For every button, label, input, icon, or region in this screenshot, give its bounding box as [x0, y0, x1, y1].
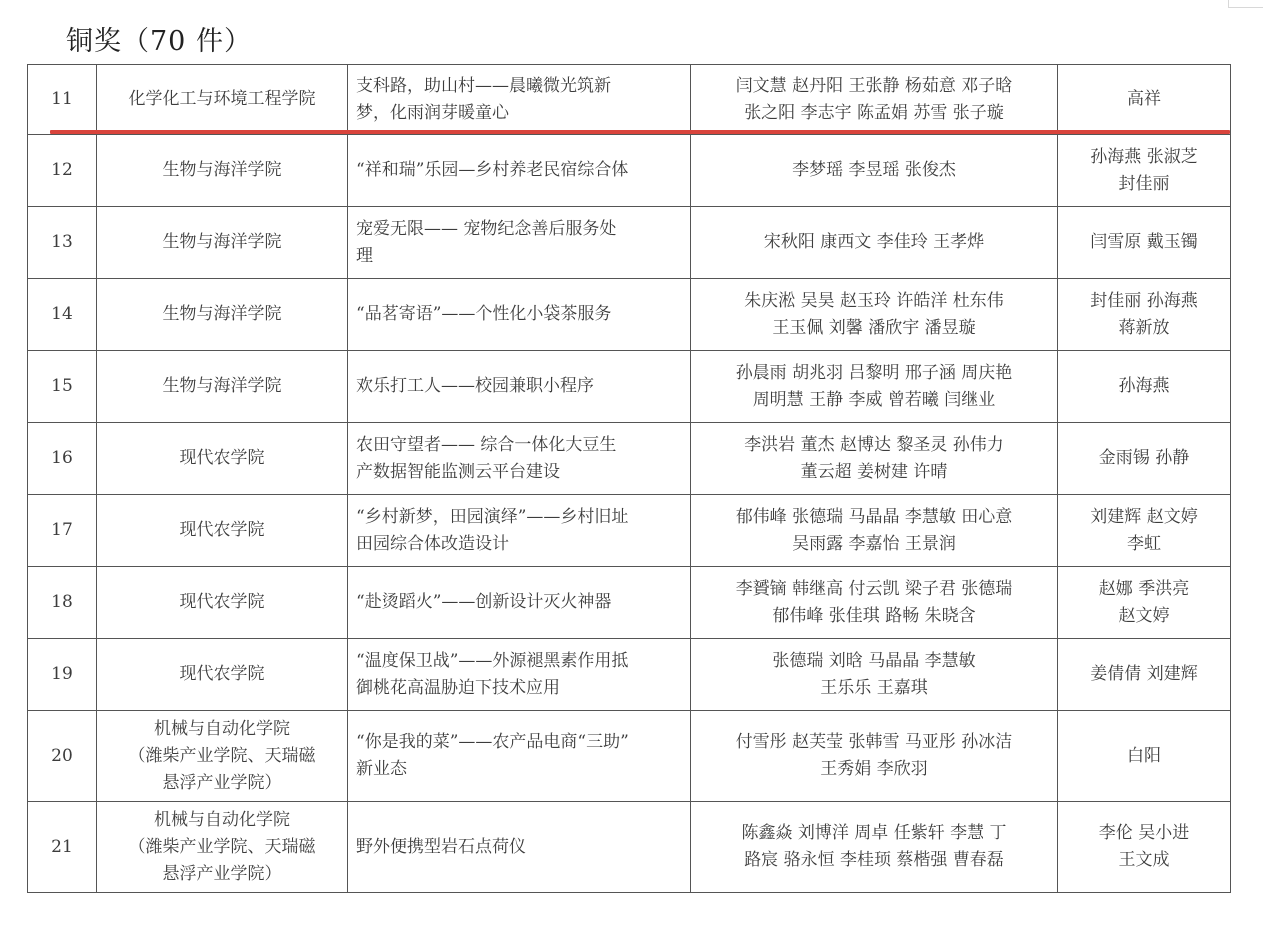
cell-advisors-line: 蒋新放	[1066, 315, 1222, 342]
cell-project: 欢乐打工人——校园兼职小程序	[348, 351, 691, 423]
cell-members-line: 郁伟峰 张德瑞 马晶晶 李慧敏 田心意	[699, 504, 1049, 531]
cell-advisors-line: 王文成	[1066, 847, 1222, 874]
cell-college: 生物与海洋学院	[97, 279, 348, 351]
cell-college-line: （潍柴产业学院、天瑞磁	[105, 743, 339, 770]
cell-project-line: 理	[356, 243, 682, 270]
cell-project: 宠爱无限—— 宠物纪念善后服务处理	[348, 207, 691, 279]
cell-members: 付雪彤 赵芙莹 张韩雪 马亚彤 孙冰洁王秀娟 李欣羽	[691, 711, 1058, 802]
cell-college-line: 现代农学院	[105, 661, 339, 688]
table-row: 18现代农学院“赴烫蹈火”——创新设计灭火神器李贇镝 韩继高 付云凯 梁子君 张…	[28, 567, 1231, 639]
bronze-award-table: 11化学化工与环境工程学院支科路，助山村——晨曦微光筑新梦，化雨润芽暖童心闫文慧…	[27, 64, 1231, 893]
cell-advisors: 白阳	[1058, 711, 1231, 802]
cell-college-line: 生物与海洋学院	[105, 301, 339, 328]
cell-members: 郁伟峰 张德瑞 马晶晶 李慧敏 田心意吴雨露 李嘉怡 王景润	[691, 495, 1058, 567]
cell-project-line: “温度保卫战”——外源褪黑素作用抵	[356, 648, 682, 675]
cell-project-line: “乡村新梦，田园演绎”——乡村旧址	[356, 504, 682, 531]
cell-number: 21	[28, 802, 97, 893]
red-highlight-underline	[50, 130, 1230, 134]
cell-advisors-line: 赵娜 季洪亮	[1066, 576, 1222, 603]
cell-advisors-line: 白阳	[1066, 743, 1222, 770]
cell-members-line: 张之阳 李志宇 陈孟娟 苏雪 张子璇	[699, 100, 1049, 127]
cell-college-line: 现代农学院	[105, 517, 339, 544]
cell-number: 17	[28, 495, 97, 567]
cell-project-line: 产数据智能监测云平台建设	[356, 459, 682, 486]
cell-members-line: 宋秋阳 康西文 李佳玲 王孝烨	[699, 229, 1049, 256]
cell-advisors: 姜倩倩 刘建辉	[1058, 639, 1231, 711]
cell-advisors-line: 李伦 吴小进	[1066, 820, 1222, 847]
cell-number: 16	[28, 423, 97, 495]
cell-members-line: 闫文慧 赵丹阳 王张静 杨茹意 邓子晗	[699, 73, 1049, 100]
cell-members-line: 李梦瑶 李昱瑶 张俊杰	[699, 157, 1049, 184]
award-table-body: 11化学化工与环境工程学院支科路，助山村——晨曦微光筑新梦，化雨润芽暖童心闫文慧…	[28, 65, 1231, 893]
cell-advisors: 孙海燕	[1058, 351, 1231, 423]
cell-project-line: 野外便携型岩石点荷仪	[356, 834, 682, 861]
cell-project-line: 新业态	[356, 756, 682, 783]
cell-number: 12	[28, 135, 97, 207]
table-row: 16现代农学院农田守望者—— 综合一体化大豆生产数据智能监测云平台建设李洪岩 董…	[28, 423, 1231, 495]
cell-advisors: 刘建辉 赵文婷李虹	[1058, 495, 1231, 567]
cell-members: 闫文慧 赵丹阳 王张静 杨茹意 邓子晗张之阳 李志宇 陈孟娟 苏雪 张子璇	[691, 65, 1058, 135]
cell-advisors: 闫雪原 戴玉镯	[1058, 207, 1231, 279]
cell-project-line: “祥和瑞”乐园—乡村养老民宿综合体	[356, 157, 682, 184]
cell-advisors-line: 闫雪原 戴玉镯	[1066, 229, 1222, 256]
cell-number: 15	[28, 351, 97, 423]
cell-college: 现代农学院	[97, 495, 348, 567]
cell-members: 宋秋阳 康西文 李佳玲 王孝烨	[691, 207, 1058, 279]
cell-college: 生物与海洋学院	[97, 351, 348, 423]
cell-college: 机械与自动化学院（潍柴产业学院、天瑞磁悬浮产业学院）	[97, 711, 348, 802]
cell-project: “温度保卫战”——外源褪黑素作用抵御桃花高温胁迫下技术应用	[348, 639, 691, 711]
cell-members-line: 董云超 姜树建 许晴	[699, 459, 1049, 486]
cell-college: 机械与自动化学院（潍柴产业学院、天瑞磁悬浮产业学院）	[97, 802, 348, 893]
cell-project-line: “赴烫蹈火”——创新设计灭火神器	[356, 589, 682, 616]
cell-college: 现代农学院	[97, 423, 348, 495]
cell-advisors-line: 高祥	[1066, 86, 1222, 113]
cell-advisors: 李伦 吴小进王文成	[1058, 802, 1231, 893]
cell-advisors: 金雨锡 孙静	[1058, 423, 1231, 495]
cell-college-line: 生物与海洋学院	[105, 157, 339, 184]
cell-members: 李洪岩 董杰 赵博达 黎圣灵 孙伟力董云超 姜树建 许晴	[691, 423, 1058, 495]
cell-project-line: 梦，化雨润芽暖童心	[356, 100, 682, 127]
cell-project: “赴烫蹈火”——创新设计灭火神器	[348, 567, 691, 639]
table-row: 15生物与海洋学院欢乐打工人——校园兼职小程序孙晨雨 胡兆羽 吕黎明 邢子涵 周…	[28, 351, 1231, 423]
cell-college-line: 机械与自动化学院	[105, 807, 339, 834]
cell-members-line: 路宸 骆永恒 李桂顼 蔡楷强 曹春磊	[699, 847, 1049, 874]
cell-members-line: 朱庆淞 吴昊 赵玉玲 许皓洋 杜东伟	[699, 288, 1049, 315]
cell-members: 陈鑫焱 刘博洋 周卓 任紫轩 李慧 丁路宸 骆永恒 李桂顼 蔡楷强 曹春磊	[691, 802, 1058, 893]
table-row: 17现代农学院“乡村新梦，田园演绎”——乡村旧址田园综合体改造设计郁伟峰 张德瑞…	[28, 495, 1231, 567]
cell-advisors: 赵娜 季洪亮赵文婷	[1058, 567, 1231, 639]
cell-project-line: “你是我的菜”——农产品电商“三助”	[356, 729, 682, 756]
cell-project: “乡村新梦，田园演绎”——乡村旧址田园综合体改造设计	[348, 495, 691, 567]
cell-number: 20	[28, 711, 97, 802]
cell-members-line: 郁伟峰 张佳琪 路畅 朱晓含	[699, 603, 1049, 630]
cell-members-line: 张德瑞 刘晗 马晶晶 李慧敏	[699, 648, 1049, 675]
page-corner-mark	[1228, 0, 1263, 8]
cell-members-line: 孙晨雨 胡兆羽 吕黎明 邢子涵 周庆艳	[699, 360, 1049, 387]
table-row: 14生物与海洋学院“品茗寄语”——个性化小袋茶服务朱庆淞 吴昊 赵玉玲 许皓洋 …	[28, 279, 1231, 351]
cell-college: 化学化工与环境工程学院	[97, 65, 348, 135]
cell-project-line: “品茗寄语”——个性化小袋茶服务	[356, 301, 682, 328]
cell-college-line: 现代农学院	[105, 589, 339, 616]
cell-advisors-line: 孙海燕 张淑芝	[1066, 144, 1222, 171]
cell-project: 农田守望者—— 综合一体化大豆生产数据智能监测云平台建设	[348, 423, 691, 495]
cell-advisors-line: 刘建辉 赵文婷	[1066, 504, 1222, 531]
cell-college-line: 机械与自动化学院	[105, 716, 339, 743]
cell-members-line: 吴雨露 李嘉怡 王景润	[699, 531, 1049, 558]
cell-advisors-line: 孙海燕	[1066, 373, 1222, 400]
cell-college: 现代农学院	[97, 567, 348, 639]
cell-members-line: 陈鑫焱 刘博洋 周卓 任紫轩 李慧 丁	[699, 820, 1049, 847]
cell-advisors-line: 李虹	[1066, 531, 1222, 558]
table-row: 21机械与自动化学院（潍柴产业学院、天瑞磁悬浮产业学院）野外便携型岩石点荷仪陈鑫…	[28, 802, 1231, 893]
cell-number: 11	[28, 65, 97, 135]
cell-college: 生物与海洋学院	[97, 207, 348, 279]
cell-advisors: 孙海燕 张淑芝封佳丽	[1058, 135, 1231, 207]
cell-members-line: 王秀娟 李欣羽	[699, 756, 1049, 783]
cell-number: 14	[28, 279, 97, 351]
table-row: 11化学化工与环境工程学院支科路，助山村——晨曦微光筑新梦，化雨润芽暖童心闫文慧…	[28, 65, 1231, 135]
table-row: 20机械与自动化学院（潍柴产业学院、天瑞磁悬浮产业学院）“你是我的菜”——农产品…	[28, 711, 1231, 802]
cell-advisors-line: 封佳丽 孙海燕	[1066, 288, 1222, 315]
table-row: 12生物与海洋学院“祥和瑞”乐园—乡村养老民宿综合体李梦瑶 李昱瑶 张俊杰孙海燕…	[28, 135, 1231, 207]
section-title: 铜奖（70 件）	[66, 24, 252, 60]
cell-project: 野外便携型岩石点荷仪	[348, 802, 691, 893]
cell-members-line: 李洪岩 董杰 赵博达 黎圣灵 孙伟力	[699, 432, 1049, 459]
cell-project: 支科路，助山村——晨曦微光筑新梦，化雨润芽暖童心	[348, 65, 691, 135]
cell-members-line: 周明慧 王静 李威 曾若曦 闫继业	[699, 387, 1049, 414]
cell-project: “祥和瑞”乐园—乡村养老民宿综合体	[348, 135, 691, 207]
cell-advisors-line: 姜倩倩 刘建辉	[1066, 661, 1222, 688]
cell-advisors-line: 封佳丽	[1066, 171, 1222, 198]
cell-college-line: 悬浮产业学院）	[105, 770, 339, 797]
cell-college-line: 生物与海洋学院	[105, 373, 339, 400]
cell-project-line: 御桃花高温胁迫下技术应用	[356, 675, 682, 702]
cell-project-line: 农田守望者—— 综合一体化大豆生	[356, 432, 682, 459]
cell-project-line: 欢乐打工人——校园兼职小程序	[356, 373, 682, 400]
cell-college-line: 生物与海洋学院	[105, 229, 339, 256]
cell-advisors: 高祥	[1058, 65, 1231, 135]
cell-college-line: 现代农学院	[105, 445, 339, 472]
cell-number: 18	[28, 567, 97, 639]
cell-members: 朱庆淞 吴昊 赵玉玲 许皓洋 杜东伟王玉佩 刘馨 潘欣宇 潘昱璇	[691, 279, 1058, 351]
cell-members: 李梦瑶 李昱瑶 张俊杰	[691, 135, 1058, 207]
cell-project-line: 宠爱无限—— 宠物纪念善后服务处	[356, 216, 682, 243]
table-row: 13生物与海洋学院宠爱无限—— 宠物纪念善后服务处理宋秋阳 康西文 李佳玲 王孝…	[28, 207, 1231, 279]
cell-project: “品茗寄语”——个性化小袋茶服务	[348, 279, 691, 351]
cell-number: 13	[28, 207, 97, 279]
cell-advisors: 封佳丽 孙海燕蒋新放	[1058, 279, 1231, 351]
cell-number: 19	[28, 639, 97, 711]
table-row: 19现代农学院“温度保卫战”——外源褪黑素作用抵御桃花高温胁迫下技术应用张德瑞 …	[28, 639, 1231, 711]
cell-members: 张德瑞 刘晗 马晶晶 李慧敏王乐乐 王嘉琪	[691, 639, 1058, 711]
cell-project-line: 支科路，助山村——晨曦微光筑新	[356, 73, 682, 100]
cell-college-line: （潍柴产业学院、天瑞磁	[105, 834, 339, 861]
cell-college-line: 化学化工与环境工程学院	[105, 86, 339, 113]
cell-college: 现代农学院	[97, 639, 348, 711]
cell-advisors-line: 金雨锡 孙静	[1066, 445, 1222, 472]
cell-advisors-line: 赵文婷	[1066, 603, 1222, 630]
cell-members: 李贇镝 韩继高 付云凯 梁子君 张德瑞郁伟峰 张佳琪 路畅 朱晓含	[691, 567, 1058, 639]
cell-members: 孙晨雨 胡兆羽 吕黎明 邢子涵 周庆艳周明慧 王静 李威 曾若曦 闫继业	[691, 351, 1058, 423]
cell-project-line: 田园综合体改造设计	[356, 531, 682, 558]
cell-members-line: 王乐乐 王嘉琪	[699, 675, 1049, 702]
cell-project: “你是我的菜”——农产品电商“三助”新业态	[348, 711, 691, 802]
cell-college: 生物与海洋学院	[97, 135, 348, 207]
cell-members-line: 王玉佩 刘馨 潘欣宇 潘昱璇	[699, 315, 1049, 342]
cell-members-line: 李贇镝 韩继高 付云凯 梁子君 张德瑞	[699, 576, 1049, 603]
cell-members-line: 付雪彤 赵芙莹 张韩雪 马亚彤 孙冰洁	[699, 729, 1049, 756]
cell-college-line: 悬浮产业学院）	[105, 861, 339, 888]
